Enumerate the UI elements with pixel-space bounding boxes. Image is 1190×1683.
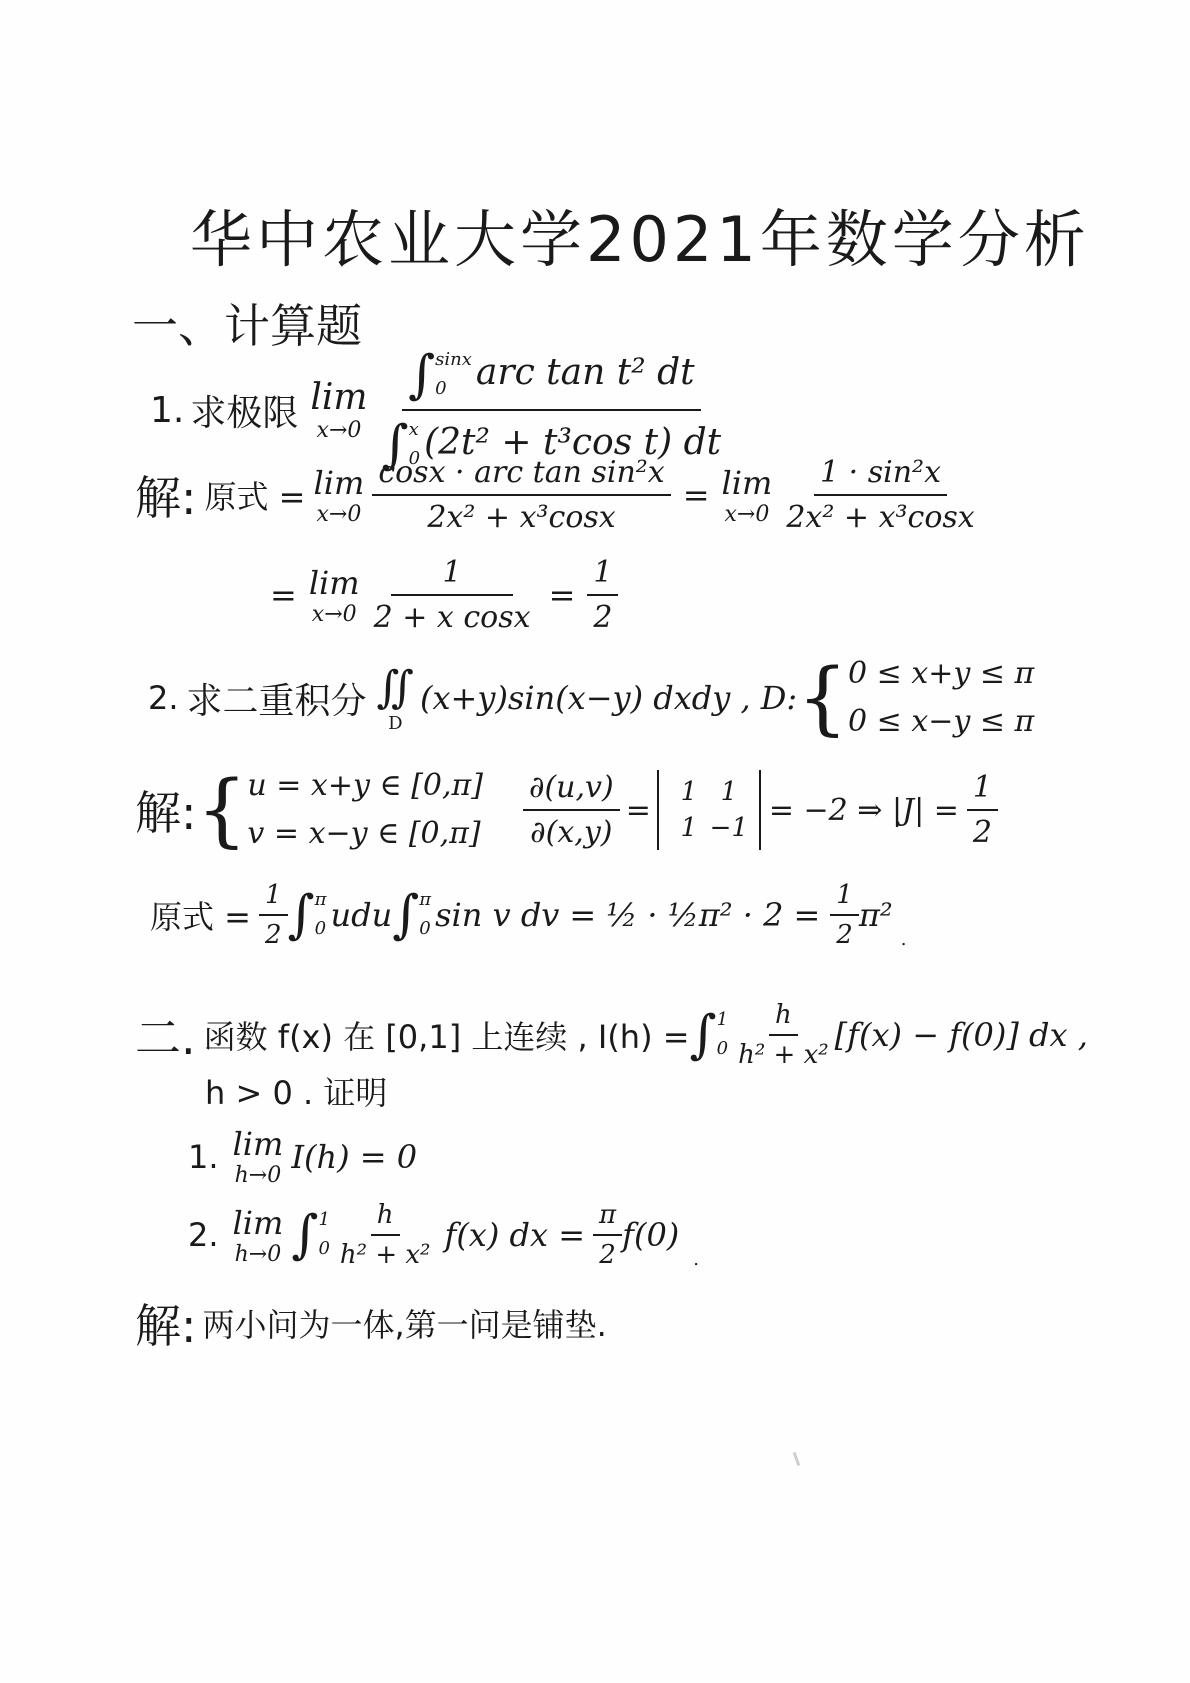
limit-operator: lim h→0 <box>233 1204 284 1267</box>
fraction-numerator: cosx · arc tan sin²x <box>372 455 670 496</box>
fraction-denominator: 2x² + x³cosx <box>421 496 621 535</box>
domain-label: D: <box>761 679 797 717</box>
fraction-numerator: ∫sinx0arc tan t² dt <box>402 345 701 411</box>
stray-mark <box>793 1452 801 1466</box>
lim-subscript: h→0 <box>235 1163 282 1188</box>
limit-operator: lim x→0 <box>314 464 365 527</box>
fraction-denominator: 2 <box>830 916 859 950</box>
lim-subscript: x→0 <box>316 502 361 527</box>
document-title: 华中农业大学2021年数学分析 <box>190 190 1090 279</box>
problem-number: 2. <box>148 679 179 717</box>
step-fraction: cosx · arc tan sin²x 2x² + x³cosx <box>372 455 670 535</box>
solution-2-evaluation: 原式 = 1 2 ∫ π 0 udu ∫ π 0 sin v dv = ½ · … <box>150 880 906 950</box>
lower-bound: 0 <box>435 375 472 404</box>
double-integral: ∬ D <box>377 662 414 734</box>
step-fraction: 1 · sin²x 2x² + x³cosx <box>780 455 980 535</box>
substitution-v: v = x−y ∈ [0,π] <box>247 810 483 858</box>
limit-body: I(h) = 0 <box>291 1138 417 1176</box>
matrix-cell: −1 <box>709 810 749 846</box>
fraction-denominator: 2 + x cosx <box>368 596 537 635</box>
integral-sign: ∫ <box>392 885 419 945</box>
upper-bound: π <box>419 886 431 915</box>
fraction-numerator: 1 <box>830 880 859 916</box>
integrand-v: sin v dv <box>435 896 559 934</box>
statement-text: 函数 f(x) 在 [0,1] 上连续 , I(h) = <box>204 1012 690 1058</box>
solution-1-line-1: 解: 原式 = lim x→0 cosx · arc tan sin²x 2x²… <box>135 455 981 535</box>
limit-operator: lim x→0 <box>722 464 773 527</box>
lim-subscript: h→0 <box>235 1242 282 1267</box>
integral-bounds: 1 0 <box>717 1006 728 1064</box>
original-expression-label: 原式 = <box>205 472 306 518</box>
left-brace: { <box>197 770 248 850</box>
equals-sign: = <box>569 896 596 934</box>
lim-label: lim <box>233 1204 284 1242</box>
lim-label: lim <box>309 564 360 602</box>
result-tail: π² <box>859 896 893 934</box>
upper-bound: π <box>315 886 327 915</box>
double-integral-sign: ∬ <box>377 662 414 713</box>
kernel-fraction: h h² + x² <box>732 1000 835 1070</box>
lower-bound: 0 <box>318 1235 329 1264</box>
item-number: 2. <box>188 1216 219 1254</box>
limit-operator: lim h→0 <box>233 1125 284 1188</box>
fraction-numerator: π <box>593 1200 622 1236</box>
integral-bounds: 1 0 <box>318 1206 329 1264</box>
equals-sign: = <box>683 476 710 514</box>
equals-sign: = <box>626 793 651 828</box>
upper-bound: sinx <box>435 346 472 375</box>
problem-prompt: 求极限 <box>190 385 298 436</box>
fraction-denominator: 2 <box>587 596 618 635</box>
problem-number: 1. <box>150 390 184 431</box>
integral-bounds: sinx0 <box>435 346 472 404</box>
solution-label: 解: <box>135 462 197 528</box>
solution-2-substitution: 解: { u = x+y ∈ [0,π] v = x−y ∈ [0,π] ∂(u… <box>135 762 998 858</box>
lim-subscript: x→0 <box>312 602 357 627</box>
jacobian-determinant: 1 1 1 −1 <box>657 770 761 851</box>
integral-sign: ∫ <box>288 885 315 945</box>
integrand-body: f(x) dx = <box>444 1216 585 1254</box>
matrix-cell: 1 <box>709 774 749 810</box>
kernel-fraction: h h² + x² <box>334 1200 437 1270</box>
solution-label: 解: <box>135 1290 197 1356</box>
coefficient-fraction: 1 2 <box>259 880 288 950</box>
statement-tail: [f(x) − f(0)] dx , <box>835 1016 1088 1054</box>
fraction-denominator: h² + x² <box>732 1036 835 1070</box>
domain-condition: 0 ≤ x+y ≤ π <box>848 650 1034 698</box>
fraction-denominator: ∂(x,y) <box>524 811 618 850</box>
fraction-numerator: h <box>371 1200 400 1236</box>
evaluation: ½ · ½π² · 2 <box>606 896 783 934</box>
fraction-numerator: 1 <box>391 555 513 596</box>
rhs-tail: f(0) <box>622 1216 679 1254</box>
section-heading-2: 二. <box>135 1002 196 1068</box>
lim-label: lim <box>314 464 365 502</box>
lower-bound: 0 <box>315 915 327 944</box>
fraction-denominator: 2 <box>967 811 998 850</box>
fraction-denominator: 2 <box>259 916 288 950</box>
fraction-denominator: 2x² + x³cosx <box>780 496 980 535</box>
matrix-cell: 1 <box>669 774 709 810</box>
limit-operator: lim x→0 <box>310 377 367 443</box>
lim-label: lim <box>310 377 367 418</box>
item-number: 1. <box>188 1138 219 1176</box>
upper-bound: 1 <box>717 1006 728 1035</box>
result-fraction: 1 2 <box>830 880 859 950</box>
lim-label: lim <box>722 464 773 502</box>
fraction-numerator: 1 · sin²x <box>814 455 947 496</box>
lim-label: lim <box>233 1125 284 1163</box>
determinant-result: = −2 ⇒ |J| = <box>769 793 959 828</box>
fraction-numerator: 1 <box>967 770 998 811</box>
matrix-cell: 1 <box>669 810 709 846</box>
condition-and-prove: h > 0 . 证明 <box>205 1068 387 1114</box>
equals-sign: = <box>549 576 576 614</box>
end-dot: . <box>693 1249 699 1270</box>
domain-conditions: 0 ≤ x+y ≤ π 0 ≤ x−y ≤ π <box>848 650 1034 746</box>
solution-1-line-2: = lim x→0 1 2 + x cosx = 1 2 <box>270 555 618 635</box>
result-fraction: 1 2 <box>587 555 618 635</box>
substitution-system: u = x+y ∈ [0,π] v = x−y ∈ [0,π] <box>247 762 483 858</box>
abs-jacobian-fraction: 1 2 <box>967 770 998 850</box>
upper-bound: x <box>409 416 420 445</box>
section-2-statement: 二. 函数 f(x) 在 [0,1] 上连续 , I(h) = ∫ 1 0 h … <box>135 1000 1088 1070</box>
original-expression-label: 原式 = <box>150 892 251 938</box>
integral-sign: ∫ <box>690 1005 717 1065</box>
integral-bounds: π 0 <box>315 886 327 944</box>
lower-bound: 0 <box>717 1035 728 1064</box>
fraction-numerator: 1 <box>587 555 618 596</box>
fraction-denominator: 2 <box>593 1236 622 1270</box>
fraction-numerator: h <box>769 1000 798 1036</box>
integral-bounds: π 0 <box>419 886 431 944</box>
section-2-solution: 解: 两小问为一体,第一问是铺垫. <box>135 1290 607 1356</box>
rhs-fraction: π 2 <box>593 1200 622 1270</box>
lim-subscript: x→0 <box>725 502 770 527</box>
integral-sign: ∫ <box>291 1205 318 1265</box>
solution-text: 两小问为一体,第一问是铺垫. <box>203 1300 607 1346</box>
domain-condition: 0 ≤ x−y ≤ π <box>848 698 1034 746</box>
jacobian-fraction: ∂(u,v) ∂(x,y) <box>523 770 620 850</box>
integral-sign: ∫ <box>408 345 435 405</box>
upper-bound: 1 <box>318 1206 329 1235</box>
integrand: (x+y)sin(x−y) dxdy , <box>420 679 751 717</box>
integrand: arc tan t² dt <box>476 352 695 393</box>
equals-sign: = <box>793 896 820 934</box>
fraction-numerator: ∂(u,v) <box>523 770 620 811</box>
proof-item-1: 1. lim h→0 I(h) = 0 <box>188 1125 417 1188</box>
limit-operator: lim x→0 <box>309 564 360 627</box>
lim-subscript: x→0 <box>317 418 362 443</box>
lower-bound: 0 <box>419 915 431 944</box>
fraction-denominator: h² + x² <box>334 1236 437 1270</box>
integrand-u: udu <box>330 896 392 934</box>
substitution-u: u = x+y ∈ [0,π] <box>247 762 483 810</box>
solution-label: 解: <box>135 777 197 843</box>
proof-item-2: 2. lim h→0 ∫ 1 0 h h² + x² f(x) dx = π 2… <box>188 1200 699 1270</box>
problem-2: 2. 求二重积分 ∬ D (x+y)sin(x−y) dxdy , D: { 0… <box>148 650 1034 746</box>
end-dot: . <box>901 929 907 950</box>
left-brace: { <box>797 658 848 738</box>
step-fraction: 1 2 + x cosx <box>368 555 537 635</box>
equals-sign: = <box>270 576 297 614</box>
problem-prompt: 求二重积分 <box>187 673 367 724</box>
fraction-numerator: 1 <box>259 880 288 916</box>
integral-domain-subscript: D <box>388 713 402 734</box>
